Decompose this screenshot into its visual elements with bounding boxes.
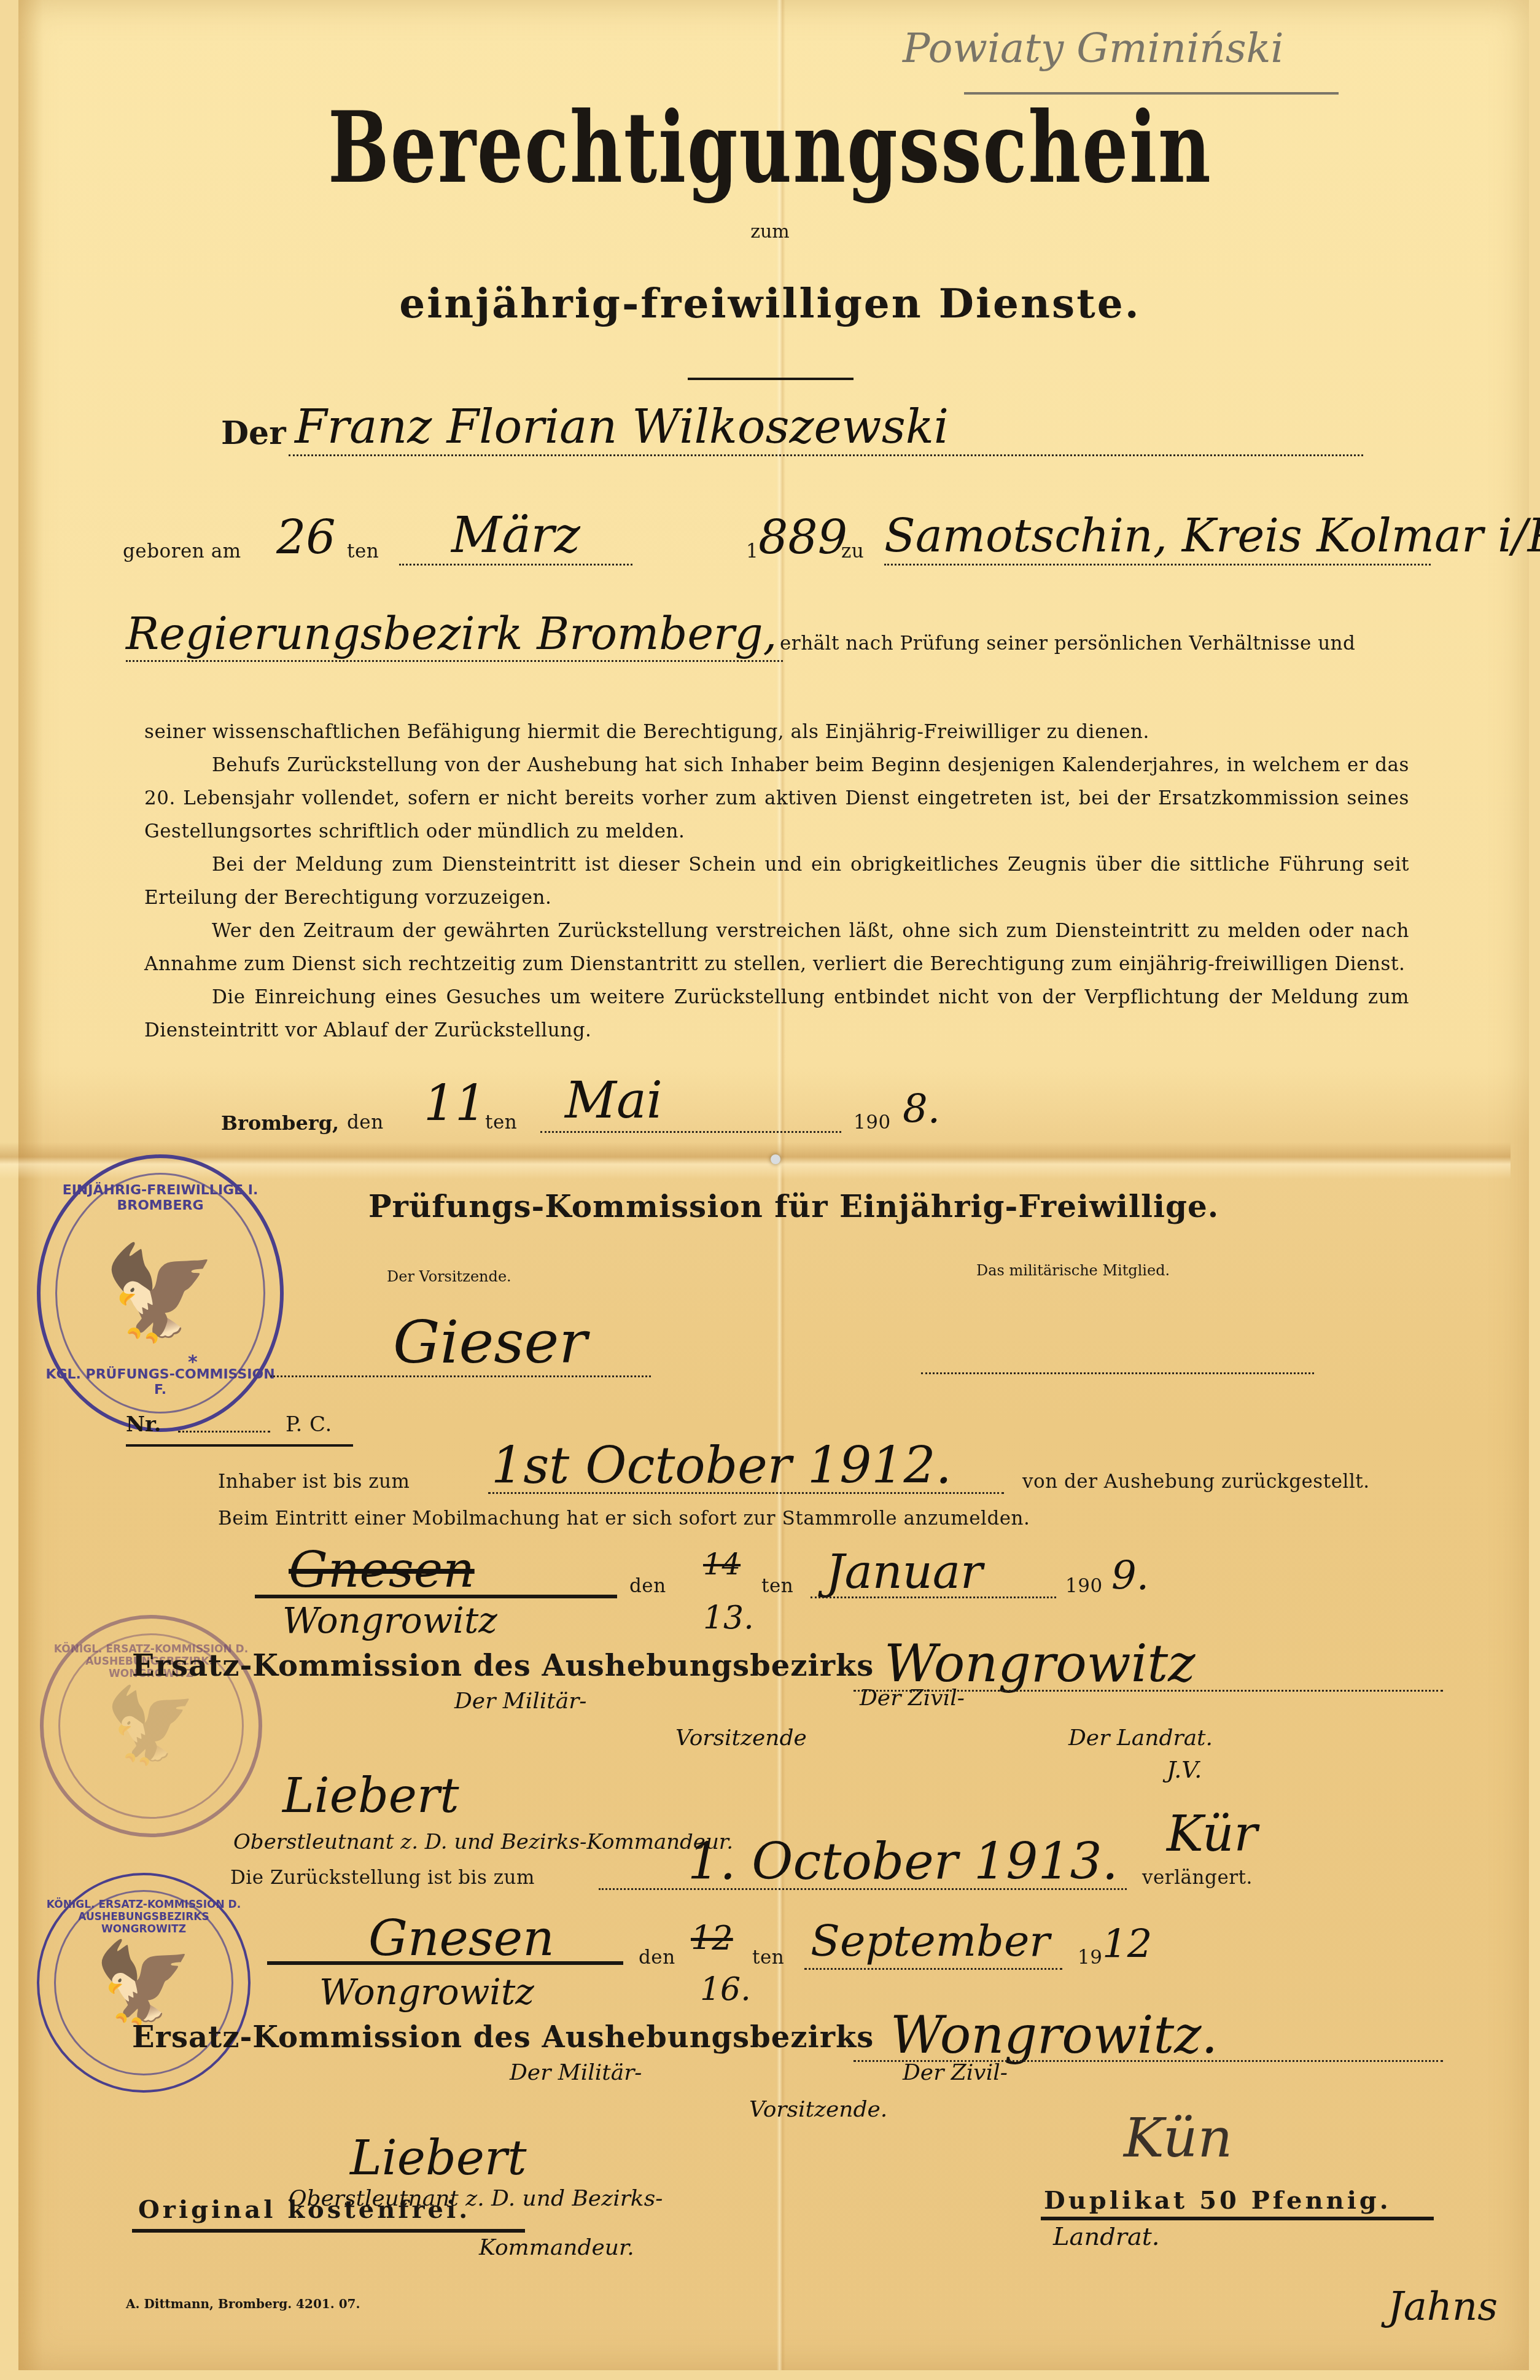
deferral-2-month-line bbox=[804, 1968, 1062, 1970]
body-paragraph-1: seiner wissenschaftlichen Befähigung hie… bbox=[144, 715, 1409, 749]
stamp-text: KÖNIGL. ERSATZ-KOMMISSION D. AUSHEBUNGSB… bbox=[39, 1899, 248, 1935]
pencil-annotation: Powiaty Gminiński bbox=[903, 25, 1284, 72]
deferral-1-military-title: Oberstleutnant z. D. und Bezirks-Kommand… bbox=[233, 1830, 733, 1854]
pc-label: P. C. bbox=[286, 1412, 332, 1437]
chair-signature-line bbox=[270, 1375, 651, 1377]
vertical-fold-crease bbox=[777, 0, 785, 2370]
der-label: Der bbox=[221, 414, 286, 452]
deferral-2-month: September bbox=[811, 1916, 1050, 1966]
deferral-1-month: Januar bbox=[826, 1544, 982, 1599]
body-paragraph-2: Behufs Zurückstellung von der Aushebung … bbox=[144, 749, 1409, 848]
deferral-1-military-signature: Liebert bbox=[282, 1768, 459, 1824]
deferral-1-commission-heading: Ersatz-Kommission des Aushebungsbezirks bbox=[132, 1649, 874, 1683]
deferral-2-civil-title: Landrat. bbox=[1053, 2223, 1160, 2251]
deferral-1-civil-label-2: Der Landrat. bbox=[1068, 1725, 1213, 1751]
issue-place: Bromberg, bbox=[221, 1111, 339, 1135]
deferral-2-prefix: Die Zurückstellung ist bis zum bbox=[230, 1867, 535, 1889]
horizontal-fold-crease bbox=[0, 1142, 1511, 1179]
issue-year: 8. bbox=[903, 1087, 940, 1132]
deferral-1-den-label: den bbox=[629, 1575, 666, 1597]
deferral-2-place: Wongrowitz bbox=[319, 1971, 534, 2013]
deferral-1-civil-sig-initial: J.V. bbox=[1167, 1756, 1202, 1783]
deferral-1-until-date: 1st October 1912. bbox=[491, 1437, 952, 1495]
military-member-signature-line bbox=[921, 1372, 1314, 1374]
title-zum: zum bbox=[0, 221, 1540, 243]
deferral-1-year-prefix: 190 bbox=[1065, 1575, 1103, 1597]
deferral-2-day-crossed: 12 bbox=[691, 1919, 733, 1958]
deferral-2-civil-label: Der Zivil- bbox=[903, 2060, 1008, 2085]
deferral-1-military-label: Der Militär- bbox=[454, 1689, 587, 1714]
printer-imprint: A. Dittmann, Bromberg. 4201. 07. bbox=[126, 2296, 360, 2311]
deferral-1-place-strike bbox=[255, 1595, 617, 1598]
original-note: Original kostenfrei. bbox=[138, 2195, 470, 2224]
deferral-2-day: 16. bbox=[700, 1971, 751, 2008]
bottom-signature: Jahns bbox=[1388, 2284, 1498, 2330]
body-text: seiner wissenschaftlichen Befähigung hie… bbox=[144, 715, 1409, 1047]
deferral-2-date-line bbox=[599, 1888, 1127, 1890]
deferral-2-place-strike bbox=[267, 1961, 623, 1965]
deferral-1-date-line bbox=[488, 1492, 1004, 1494]
military-member-label: Das militärische Mitglied. bbox=[976, 1262, 1170, 1279]
zu-label: zu bbox=[841, 540, 864, 562]
stamp-text-top: EINJÄHRIG-FREIWILLIGE I. BROMBERG bbox=[41, 1183, 280, 1213]
body-paragraph-3: Bei der Meldung zum Diensteintritt ist d… bbox=[144, 848, 1409, 914]
holder-line-tail: erhält nach Prüfung seiner persönlichen … bbox=[780, 632, 1355, 655]
issue-year-prefix: 190 bbox=[854, 1111, 891, 1134]
deferral-2-civil-signature: Kün bbox=[1124, 2106, 1232, 2169]
deferral-1-prefix: Inhaber ist bis zum bbox=[218, 1471, 410, 1493]
issue-ten-label: ten bbox=[485, 1111, 517, 1134]
chair-signature: Gieser bbox=[393, 1308, 587, 1377]
body-paragraph-4: Wer den Zeitraum der gewährten Zurückste… bbox=[144, 914, 1409, 981]
deferral-1-district: Wongrowitz bbox=[884, 1633, 1196, 1694]
pc-rule bbox=[126, 1444, 353, 1447]
deferral-2-military-label: Der Militär- bbox=[510, 2060, 642, 2085]
born-label: geboren am bbox=[123, 540, 241, 562]
document-title: Berechtigungsschein bbox=[0, 90, 1540, 205]
issue-month: Mai bbox=[565, 1071, 663, 1130]
birthplace-line bbox=[884, 564, 1431, 566]
deferral-2-until-date: 1. October 1913. bbox=[688, 1833, 1118, 1891]
exam-commission-heading: Prüfungs-Kommission für Einjährig-Freiwi… bbox=[368, 1188, 1219, 1224]
deferral-1-military-label-2: Vorsitzende bbox=[675, 1725, 807, 1751]
document-subtitle: einjährig-freiwilligen Dienste. bbox=[0, 279, 1540, 327]
holder-name: Franz Florian Wilkoszewski bbox=[295, 399, 949, 454]
original-underline bbox=[132, 2229, 525, 2233]
deferral-1-month-line bbox=[811, 1596, 1056, 1598]
prussian-eagle-icon: 🦅 bbox=[103, 1239, 218, 1347]
chair-label: Der Vorsitzende. bbox=[387, 1268, 511, 1285]
deferral-1-place: Wongrowitz bbox=[282, 1600, 497, 1641]
birthplace-line-1: Samotschin, Kreis Kolmar i/P. bbox=[884, 510, 1540, 562]
name-line bbox=[289, 454, 1363, 456]
deferral-2-year-prefix: 19 bbox=[1078, 1946, 1102, 1969]
deferral-1-place-crossed: Gnesen bbox=[289, 1541, 475, 1598]
issue-den-label: den bbox=[347, 1111, 384, 1134]
deferral-2-district: Wongrowitz. bbox=[890, 2005, 1218, 2065]
deferral-1-suffix: von der Aushebung zurückgestellt. bbox=[1022, 1471, 1370, 1493]
issue-month-line bbox=[540, 1131, 841, 1133]
born-year: 889 bbox=[758, 510, 847, 564]
deferral-1-day-crossed: 14 bbox=[703, 1547, 741, 1582]
body-paragraph-5: Die Einreichung eines Gesuches um weiter… bbox=[144, 981, 1409, 1047]
deferral-2-commission-heading: Ersatz-Kommission des Aushebungsbezirks bbox=[132, 2020, 874, 2055]
mobilization-note: Beim Eintritt einer Mobilmachung hat er … bbox=[218, 1507, 1030, 1530]
nr-line bbox=[178, 1431, 270, 1433]
bromberg-commission-stamp: EINJÄHRIG-FREIWILLIGE I. BROMBERG 🦅 KGL.… bbox=[37, 1154, 284, 1432]
deferral-2-den-label: den bbox=[639, 1946, 675, 1969]
birthplace-line-2-dots bbox=[126, 660, 783, 662]
deferral-1-civil-signature: Kür bbox=[1167, 1805, 1258, 1862]
duplicate-underline bbox=[1041, 2217, 1434, 2220]
duplicate-note: Duplikat 50 Pfennig. bbox=[1044, 2186, 1391, 2215]
born-month: März bbox=[451, 507, 580, 564]
title-divider bbox=[688, 378, 854, 380]
deferral-2-suffix: verlängert. bbox=[1142, 1867, 1253, 1889]
born-day: 26 bbox=[276, 510, 336, 564]
deferral-1-day: 13. bbox=[703, 1600, 754, 1636]
year-prefix: 1 bbox=[746, 540, 758, 562]
stamp-text-bottom: KGL. PRÜFUNGS-COMMISSION F. bbox=[41, 1367, 280, 1398]
deferral-2-military-signature: Liebert bbox=[350, 2131, 527, 2186]
prussian-eagle-icon: 🦅 bbox=[105, 1683, 196, 1769]
deferral-1-ten-label: ten bbox=[761, 1575, 793, 1597]
stamp-star-icon: * bbox=[188, 1351, 198, 1373]
born-ten-label: ten bbox=[347, 540, 379, 562]
deferral-1-year: 9. bbox=[1111, 1554, 1149, 1599]
pinhole bbox=[771, 1154, 780, 1164]
nr-label: Nr. bbox=[126, 1412, 161, 1437]
wongrowitz-eagle-stamp: KÖNIGL. ERSATZ-KOMMISSION D. AUSHEBUNGSB… bbox=[37, 1873, 251, 2093]
birthplace-line-2: Regierungsbezirk Bromberg, bbox=[126, 608, 777, 659]
born-month-line bbox=[399, 564, 632, 566]
issue-day: 11 bbox=[424, 1075, 486, 1132]
deferral-1-civil-label: Der Zivil- bbox=[860, 1686, 965, 1711]
deferral-2-ten-label: ten bbox=[752, 1946, 784, 1969]
prussian-eagle-icon: 🦅 bbox=[94, 1936, 193, 2030]
deferral-2-year: 12 bbox=[1102, 1922, 1152, 1967]
deferral-2-place-crossed: Gnesen bbox=[368, 1910, 554, 1967]
deferral-2-military-label-2: Vorsitzende. bbox=[749, 2097, 887, 2122]
deferral-2-military-title-2: Kommandeur. bbox=[479, 2235, 634, 2260]
